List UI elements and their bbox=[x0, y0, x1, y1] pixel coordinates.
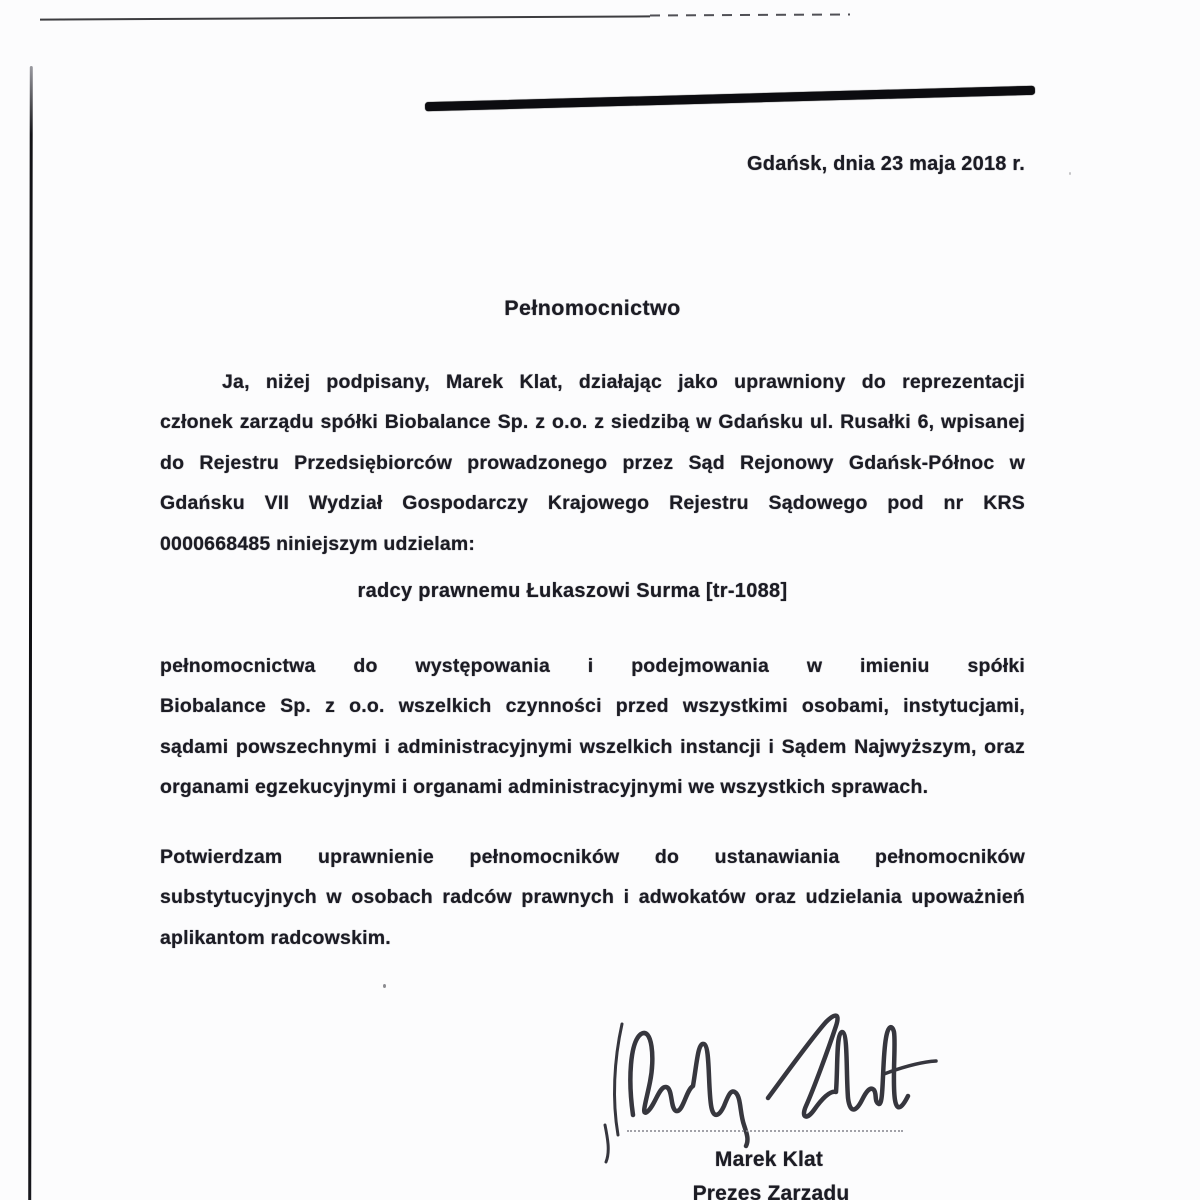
paragraph-line: organami egzekucyjnymi i organami admini… bbox=[160, 767, 1025, 807]
paragraph-line: 0000668485 niniejszym udzielam: bbox=[160, 524, 1025, 564]
top-scan-line bbox=[40, 15, 650, 20]
paragraph-line: pełnomocnictwa do występowania i podejmo… bbox=[160, 646, 1025, 686]
paragraph-line: do Rejestru Przedsiębiorców prowadzonego… bbox=[160, 443, 1025, 483]
date-line: Gdańsk, dnia 23 maja 2018 r. bbox=[747, 153, 1025, 176]
scan-speck bbox=[1069, 172, 1071, 175]
attorney-grant-line: radcy prawnemu Łukaszowi Surma [tr-1088] bbox=[160, 580, 985, 603]
paragraph-scope: pełnomocnictwa do występowania i podejmo… bbox=[160, 646, 1025, 808]
paragraph-line: członek zarządu spółki Biobalance Sp. z … bbox=[160, 402, 1025, 442]
paragraph-line: Biobalance Sp. z o.o. wszelkich czynnośc… bbox=[160, 686, 1025, 726]
paragraph-line: sądami powszechnymi i administracyjnymi … bbox=[160, 727, 1025, 767]
paragraph-line: substytucyjnych w osobach radców prawnyc… bbox=[160, 877, 1025, 917]
top-scan-line-dashes bbox=[650, 13, 850, 16]
paragraph-line: aplikantom radcowskim. bbox=[160, 918, 1025, 958]
left-scan-line bbox=[28, 66, 33, 1200]
paragraph-intro: Ja, niżej podpisany, Marek Klat, działaj… bbox=[160, 362, 1025, 564]
document-title: Pełnomocnictwo bbox=[160, 296, 1025, 321]
signature-scrawl bbox=[575, 995, 975, 1165]
paragraph-line: Ja, niżej podpisany, Marek Klat, działaj… bbox=[160, 362, 1025, 402]
scanned-document-page: Gdańsk, dnia 23 maja 2018 r. Pełnomocnic… bbox=[0, 0, 1200, 1200]
scan-speck bbox=[383, 984, 386, 988]
paragraph-line: Gdańsku VII Wydział Gospodarczy Krajoweg… bbox=[160, 483, 1025, 523]
signatory-name: Marek Klat bbox=[595, 1148, 943, 1172]
redaction-bar bbox=[425, 86, 1035, 111]
signatory-role: Prezes Zarządu bbox=[595, 1182, 947, 1200]
paragraph-line: Potwierdzam uprawnienie pełnomocników do… bbox=[160, 837, 1025, 877]
paragraph-substitution: Potwierdzam uprawnienie pełnomocników do… bbox=[160, 837, 1025, 958]
signature-dotted-line bbox=[627, 1130, 903, 1132]
